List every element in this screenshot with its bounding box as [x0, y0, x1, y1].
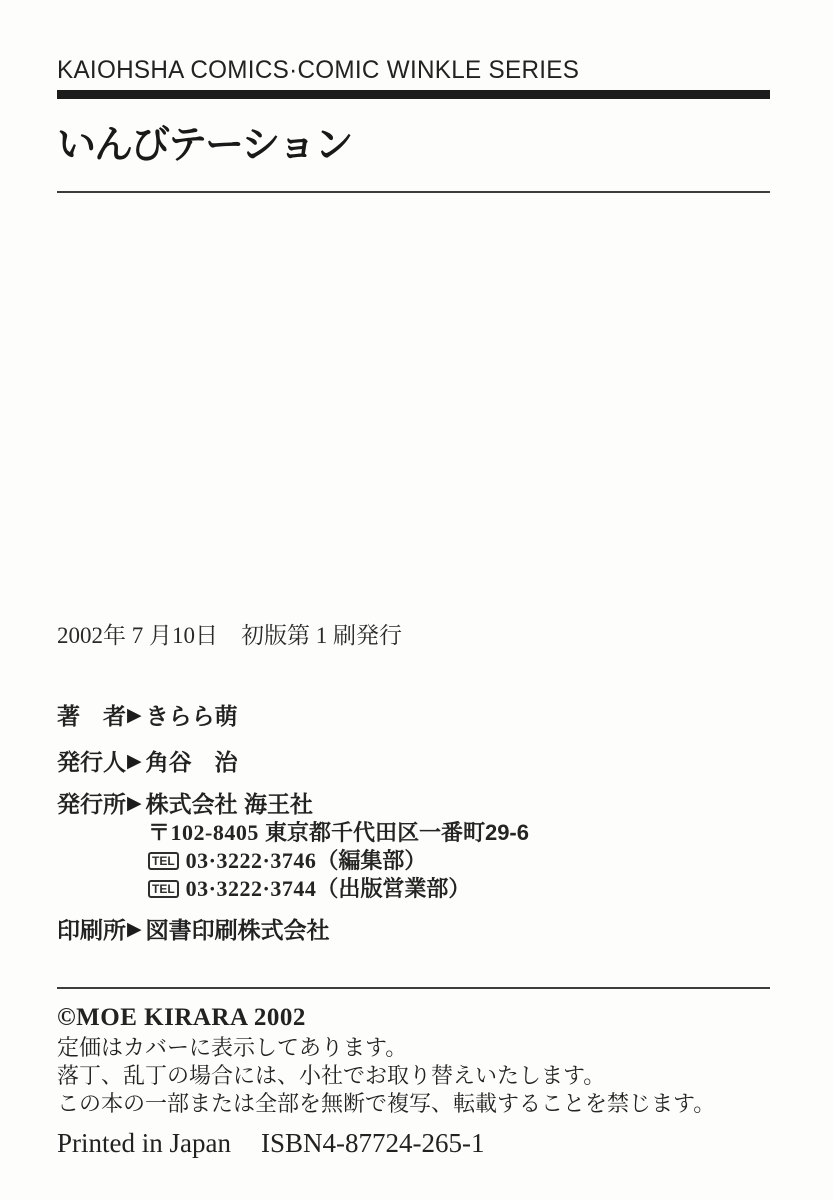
publisher-name: 株式会社 海王社 — [146, 789, 313, 819]
isbn-number: ISBN4-87724-265-1 — [261, 1128, 485, 1158]
printed-in-japan: Printed in Japan — [57, 1128, 231, 1158]
colophon-page: KAIOHSHA COMICS·COMIC WINKLE SERIES いんびテ… — [0, 0, 833, 1200]
reproduction-note: この本の一部または全部を無断で複写、転載することを禁じます。 — [57, 1090, 770, 1118]
publisher-details: 〒102-8405 東京都千代田区一番町29-6 TEL 03·3222·374… — [148, 819, 770, 903]
tel-line-editorial: TEL 03·3222·3746 （編集部） — [148, 847, 770, 875]
tel-number-editorial: 03·3222·3746 — [186, 847, 317, 875]
title-rule — [57, 191, 770, 193]
tel-dept-editorial: （編集部） — [316, 847, 426, 875]
tel-line-sales: TEL 03·3222·3744 （出版営業部） — [148, 875, 770, 903]
replacement-note: 落丁、乱丁の場合には、小社でお取り替えいたします。 — [57, 1062, 770, 1090]
tel-icon: TEL — [148, 880, 179, 898]
header-divider-bar — [57, 90, 770, 99]
tel-dept-sales: （出版営業部） — [316, 875, 470, 903]
printed-isbn-line: Printed in JapanISBN4-87724-265-1 — [57, 1125, 770, 1161]
printer-label: 印刷所 — [57, 915, 127, 945]
issuer-row: 発行人 ▶ 角谷 治 — [57, 747, 770, 777]
series-label: KAIOHSHA COMICS·COMIC WINKLE SERIES — [57, 56, 749, 85]
footer-block: ©MOE KIRARA 2002 定価はカバーに表示してあります。 落丁、乱丁の… — [57, 1002, 770, 1161]
postal-address-line: 〒102-8405 東京都千代田区一番町29-6 — [148, 819, 770, 847]
triangle-marker-icon: ▶ — [127, 915, 142, 945]
author-label: 著 者 — [57, 701, 127, 731]
tel-number-sales: 03·3222·3744 — [186, 875, 317, 903]
copyright-line: ©MOE KIRARA 2002 — [57, 1002, 770, 1034]
publisher-row: 発行所 ▶ 株式会社 海王社 — [57, 789, 770, 819]
author-row: 著 者 ▶ きらら萌 — [57, 701, 770, 731]
printer-row: 印刷所 ▶ 図書印刷株式会社 — [57, 915, 770, 945]
postal-code: 〒102-8405 — [148, 820, 259, 845]
publisher-address: 東京都千代田区一番町29-6 — [265, 820, 529, 845]
issuer-label: 発行人 — [57, 747, 127, 777]
tel-icon: TEL — [148, 852, 179, 870]
book-title: いんびテーション — [57, 114, 770, 170]
edition-line: 2002年 7 月10日 初版第 1 刷発行 — [57, 621, 770, 651]
footer-rule — [57, 987, 770, 989]
author-name: きらら萌 — [146, 701, 238, 731]
price-note: 定価はカバーに表示してあります。 — [57, 1034, 770, 1062]
triangle-marker-icon: ▶ — [127, 747, 142, 777]
triangle-marker-icon: ▶ — [127, 701, 142, 731]
issuer-name: 角谷 治 — [146, 747, 238, 777]
publisher-label: 発行所 — [57, 789, 127, 819]
printer-name: 図書印刷株式会社 — [146, 915, 330, 945]
triangle-marker-icon: ▶ — [127, 789, 142, 819]
